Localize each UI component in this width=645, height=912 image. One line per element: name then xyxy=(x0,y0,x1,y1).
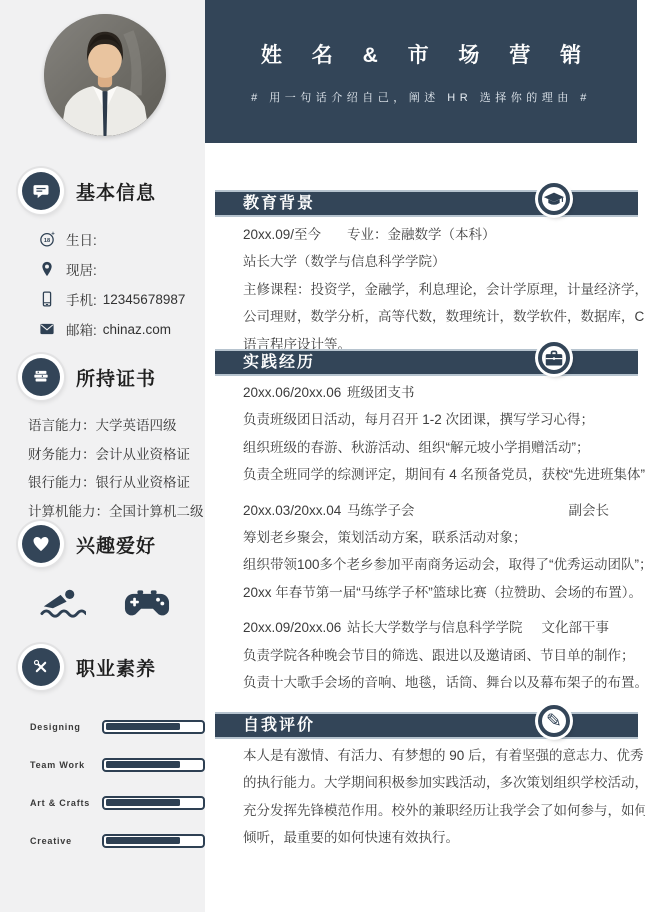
certificate-item: 银行能力：银行从业资格证 xyxy=(28,469,205,498)
basic-info-header: 基本信息 xyxy=(22,172,205,210)
education-section-bar: 教育背景 xyxy=(215,190,638,217)
basic-info-title: 基本信息 xyxy=(76,178,156,205)
self-evaluation-line: 倾听，最重要的如何快速有效执行。 xyxy=(243,824,645,851)
svg-text:+: + xyxy=(51,231,55,237)
skill-label: Art & Crafts xyxy=(30,798,98,808)
skill-label: Creative xyxy=(30,836,98,846)
experience-detail-line: 负责学院各种晚会节目的筛选、跟进以及邀请函、节目单的制作； xyxy=(243,642,645,669)
graduation-cap-icon xyxy=(538,183,570,215)
residence-label: 现居: xyxy=(66,259,97,279)
birthday-label: 生日: xyxy=(66,229,97,249)
experience-detail-line: 20xx 年春节第一届“马练学子杯”篮球比赛（拉赞助、会场的布置）。 xyxy=(243,579,645,606)
email-value: chinaz.com xyxy=(103,322,171,337)
age-18-icon: 18 + xyxy=(36,228,58,250)
svg-text:18: 18 xyxy=(44,238,50,244)
skills-list: Designing Team Work Art & Crafts Creativ… xyxy=(0,716,205,851)
experience-detail-line: 负责十大歌手会场的音响、地毯，话筒、舞台以及幕布架子的布置。 xyxy=(243,669,645,696)
skill-bar xyxy=(102,758,205,772)
education-courses-line: 公司理财，数学分析，高等代数，数理统计，数学软件，数据库，C xyxy=(243,303,645,330)
education-courses-line: 主修课程：投资学，金融学，利息理论，会计学原理，计量经济学， xyxy=(243,276,645,303)
skills-header: 职业素养 xyxy=(22,648,205,686)
experience-date: 20xx.09/20xx.06 xyxy=(243,614,347,641)
experience-entry: 20xx.09/20xx.06 站长大学数学与信息科学学院 文化部干事 负责学院… xyxy=(243,614,645,696)
certificates-section: 所持证书 语言能力：大学英语四级 财务能力：会计从业资格证 银行能力：银行从业资… xyxy=(0,358,205,526)
intro-slogan: # 用一句话介绍自己，阐述 HR 选择你的理由 # xyxy=(251,89,591,105)
experience-org: 站长大学数学与信息科学学院 xyxy=(347,614,523,641)
experience-content: 20xx.06/20xx.06 班级团支书 负责班级团日活动，每月召开 1-2 … xyxy=(243,379,645,704)
books-icon xyxy=(22,358,60,396)
hobbies-header: 兴趣爱好 xyxy=(22,525,205,563)
skill-bar xyxy=(102,720,205,734)
self-evaluation-line: 充分发挥先锋模范作用。校外的兼职经历让我学会了如何参与，如何 xyxy=(243,797,645,824)
gamepad-icon xyxy=(124,588,170,623)
education-school: 站长大学（数学与信息科学学院） xyxy=(243,248,645,275)
candidate-name-title: 姓 名 & 市 场 营 销 xyxy=(249,39,593,69)
briefcase-icon xyxy=(538,342,570,374)
location-pin-icon xyxy=(36,258,58,280)
experience-section-bar: 实践经历 xyxy=(215,349,638,376)
comment-icon xyxy=(22,172,60,210)
mail-icon xyxy=(36,318,58,340)
experience-detail-line: 组织带领100多个老乡参加平南商务运动会，取得了“优秀运动团队”； xyxy=(243,551,645,578)
experience-entry: 20xx.03/20xx.04 马练学子会 副会长 筹划老乡聚会，策划活动方案，… xyxy=(243,497,645,607)
pencil-icon: ✎ xyxy=(538,705,570,737)
experience-entry-head: 20xx.09/20xx.06 站长大学数学与信息科学学院 文化部干事 xyxy=(243,614,639,641)
hobbies-section: 兴趣爱好 xyxy=(0,525,205,624)
education-title: 教育背景 xyxy=(215,192,638,215)
education-major: 专业：金融数学（本科） xyxy=(347,221,496,248)
skill-label: Designing xyxy=(30,722,98,732)
experience-date: 20xx.06/20xx.06 xyxy=(243,379,347,406)
experience-role: 副会长 xyxy=(569,497,640,524)
experience-detail-line: 筹划老乡聚会，策划活动方案，联系活动对象； xyxy=(243,524,645,551)
self-evaluation-title: 自我评价 xyxy=(215,714,638,737)
experience-role xyxy=(609,379,639,406)
experience-role: 文化部干事 xyxy=(542,614,640,641)
birthday-row: 18 + 生日: xyxy=(36,224,205,254)
experience-org: 马练学子会 xyxy=(347,497,415,524)
resume-page: { "colors": { "navy": "#334558", "navy_d… xyxy=(0,0,645,912)
experience-entry-head: 20xx.03/20xx.04 马练学子会 副会长 xyxy=(243,497,639,524)
experience-detail-line: 负责全班同学的综测评定，期间有 4 名预备党员，获校“先进班集体”。 xyxy=(243,461,645,488)
heart-icon xyxy=(22,525,60,563)
certificates-list: 语言能力：大学英语四级 财务能力：会计从业资格证 银行能力：银行从业资格证 计算… xyxy=(28,412,205,526)
phone-row: 手机: 12345678987 xyxy=(36,284,205,314)
basic-info-section: 基本信息 18 + 生日: xyxy=(0,172,205,344)
experience-detail-line: 负责班级团日活动，每月召开 1-2 次团课，撰写学习心得； xyxy=(243,406,645,433)
certificates-header: 所持证书 xyxy=(22,358,205,396)
profile-photo-illustration xyxy=(44,14,166,136)
hobby-icons xyxy=(40,587,205,624)
basic-info-list: 18 + 生日: 现居: xyxy=(36,224,205,344)
experience-title: 实践经历 xyxy=(215,351,638,374)
skill-row: Art & Crafts xyxy=(30,792,205,813)
self-evaluation-section-bar: 自我评价 ✎ xyxy=(215,712,638,739)
mobile-phone-icon xyxy=(36,288,58,310)
skills-title: 职业素养 xyxy=(76,654,156,681)
profile-photo xyxy=(44,14,166,136)
self-evaluation-line: 的执行能力。大学期间积极参加实践活动，多次策划组织学校活动， xyxy=(243,769,645,796)
certificate-item: 语言能力：大学英语四级 xyxy=(28,412,205,441)
skill-row: Team Work xyxy=(30,754,205,775)
experience-date: 20xx.03/20xx.04 xyxy=(243,497,347,524)
email-label: 邮箱: xyxy=(66,319,97,339)
hobbies-title: 兴趣爱好 xyxy=(76,531,156,558)
swimming-icon xyxy=(40,587,86,624)
experience-detail-line: 组织班级的春游、秋游活动、组织“解元坡小学捐赠活动”； xyxy=(243,434,645,461)
email-row: 邮箱: chinaz.com xyxy=(36,314,205,344)
tools-icon xyxy=(22,648,60,686)
skill-bar xyxy=(102,796,205,810)
certificates-title: 所持证书 xyxy=(76,364,156,391)
skill-row: Designing xyxy=(30,716,205,737)
certificate-item: 计算机能力：全国计算机二级 xyxy=(28,498,205,527)
residence-row: 现居: xyxy=(36,254,205,284)
experience-entry-head: 20xx.06/20xx.06 班级团支书 xyxy=(243,379,639,406)
experience-entry: 20xx.06/20xx.06 班级团支书 负责班级团日活动，每月召开 1-2 … xyxy=(243,379,645,489)
skills-section: 职业素养 Designing Team Work Art & Crafts Cr… xyxy=(0,648,205,868)
skill-row: Creative xyxy=(30,830,205,851)
experience-org: 班级团支书 xyxy=(347,379,415,406)
education-head-row: 20xx.09/至今 专业：金融数学（本科） xyxy=(243,221,645,248)
certificate-item: 财务能力：会计从业资格证 xyxy=(28,441,205,470)
skill-bar xyxy=(102,834,205,848)
skill-label: Team Work xyxy=(30,760,98,770)
phone-label: 手机: xyxy=(66,289,97,309)
self-evaluation-content: 本人是有激情、有活力、有梦想的 90 后，有着坚强的意志力、优秀 的执行能力。大… xyxy=(243,742,645,852)
phone-value: 12345678987 xyxy=(103,292,186,307)
education-content: 20xx.09/至今 专业：金融数学（本科） 站长大学（数学与信息科学学院） 主… xyxy=(243,221,645,358)
sidebar: 基本信息 18 + 生日: xyxy=(0,0,205,912)
name-banner: 姓 名 & 市 场 营 销 # 用一句话介绍自己，阐述 HR 选择你的理由 # xyxy=(205,0,637,143)
education-date: 20xx.09/至今 xyxy=(243,221,347,248)
self-evaluation-line: 本人是有激情、有活力、有梦想的 90 后，有着坚强的意志力、优秀 xyxy=(243,742,645,769)
